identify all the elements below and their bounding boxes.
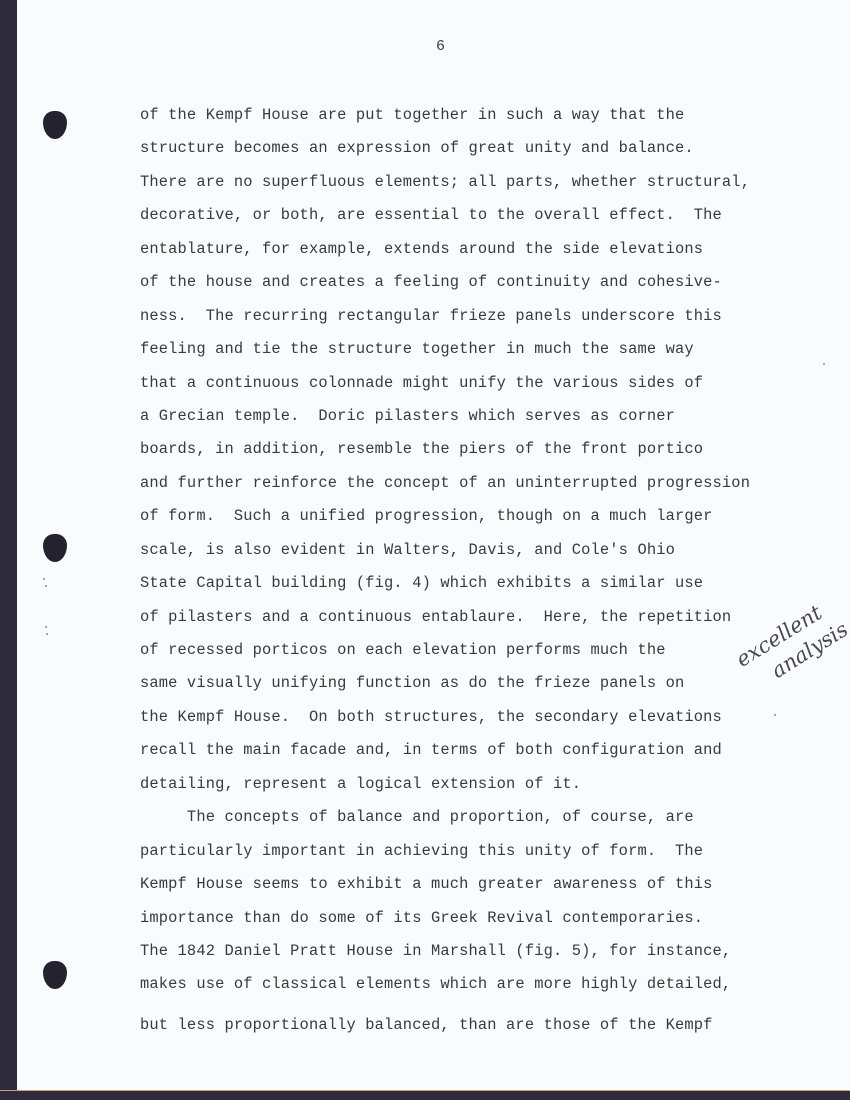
- scan-speck: [46, 633, 48, 635]
- text-line: of the Kempf House are put together in s…: [140, 103, 750, 136]
- text-line: of pilasters and a continuous entablaure…: [140, 605, 750, 638]
- text-line: structure becomes an expression of great…: [140, 136, 750, 169]
- text-line: recall the main facade and, in terms of …: [140, 738, 750, 771]
- scan-speck: [45, 626, 47, 628]
- text-line: scale, is also evident in Walters, Davis…: [140, 538, 750, 571]
- text-line: makes use of classical elements which ar…: [140, 972, 750, 1013]
- text-line: and further reinforce the concept of an …: [140, 471, 750, 504]
- text-line: same visually unifying function as do th…: [140, 671, 750, 704]
- text-line: State Capital building (fig. 4) which ex…: [140, 571, 750, 604]
- text-line: The concepts of balance and proportion, …: [140, 805, 750, 838]
- text-line: There are no superfluous elements; all p…: [140, 170, 750, 203]
- text-line: that a continuous colonnade might unify …: [140, 371, 750, 404]
- text-line: the Kempf House. On both structures, the…: [140, 705, 750, 738]
- text-line: The 1842 Daniel Pratt House in Marshall …: [140, 939, 750, 972]
- text-line: of the house and creates a feeling of co…: [140, 270, 750, 303]
- scan-edge-left: [0, 0, 17, 1100]
- text-line: but less proportionally balanced, than a…: [140, 1013, 750, 1046]
- text-line: feeling and tie the structure together i…: [140, 337, 750, 370]
- text-line: of recessed porticos on each elevation p…: [140, 638, 750, 671]
- scan-speck: [823, 363, 825, 365]
- text-line: entablature, for example, extends around…: [140, 237, 750, 270]
- text-line: Kempf House seems to exhibit a much grea…: [140, 872, 750, 905]
- text-line: detailing, represent a logical extension…: [140, 772, 750, 805]
- page-number: 6: [436, 38, 445, 55]
- handwriting-icon: excellent analysis.: [728, 592, 850, 702]
- text-line: particularly important in achieving this…: [140, 839, 750, 872]
- scan-speck: [43, 578, 45, 580]
- scan-speck: [774, 714, 776, 716]
- handwritten-margin-note: excellent analysis.: [728, 592, 850, 702]
- text-line: importance than do some of its Greek Rev…: [140, 906, 750, 939]
- text-line: boards, in addition, resemble the piers …: [140, 437, 750, 470]
- text-line: of form. Such a unified progression, tho…: [140, 504, 750, 537]
- text-line: ness. The recurring rectangular frieze p…: [140, 304, 750, 337]
- scan-speck: [45, 585, 47, 587]
- text-line: a Grecian temple. Doric pilasters which …: [140, 404, 750, 437]
- text-line: decorative, or both, are essential to th…: [140, 203, 750, 236]
- body-text: of the Kempf House are put together in s…: [140, 103, 750, 1047]
- scan-edge-bottom: [0, 1090, 850, 1100]
